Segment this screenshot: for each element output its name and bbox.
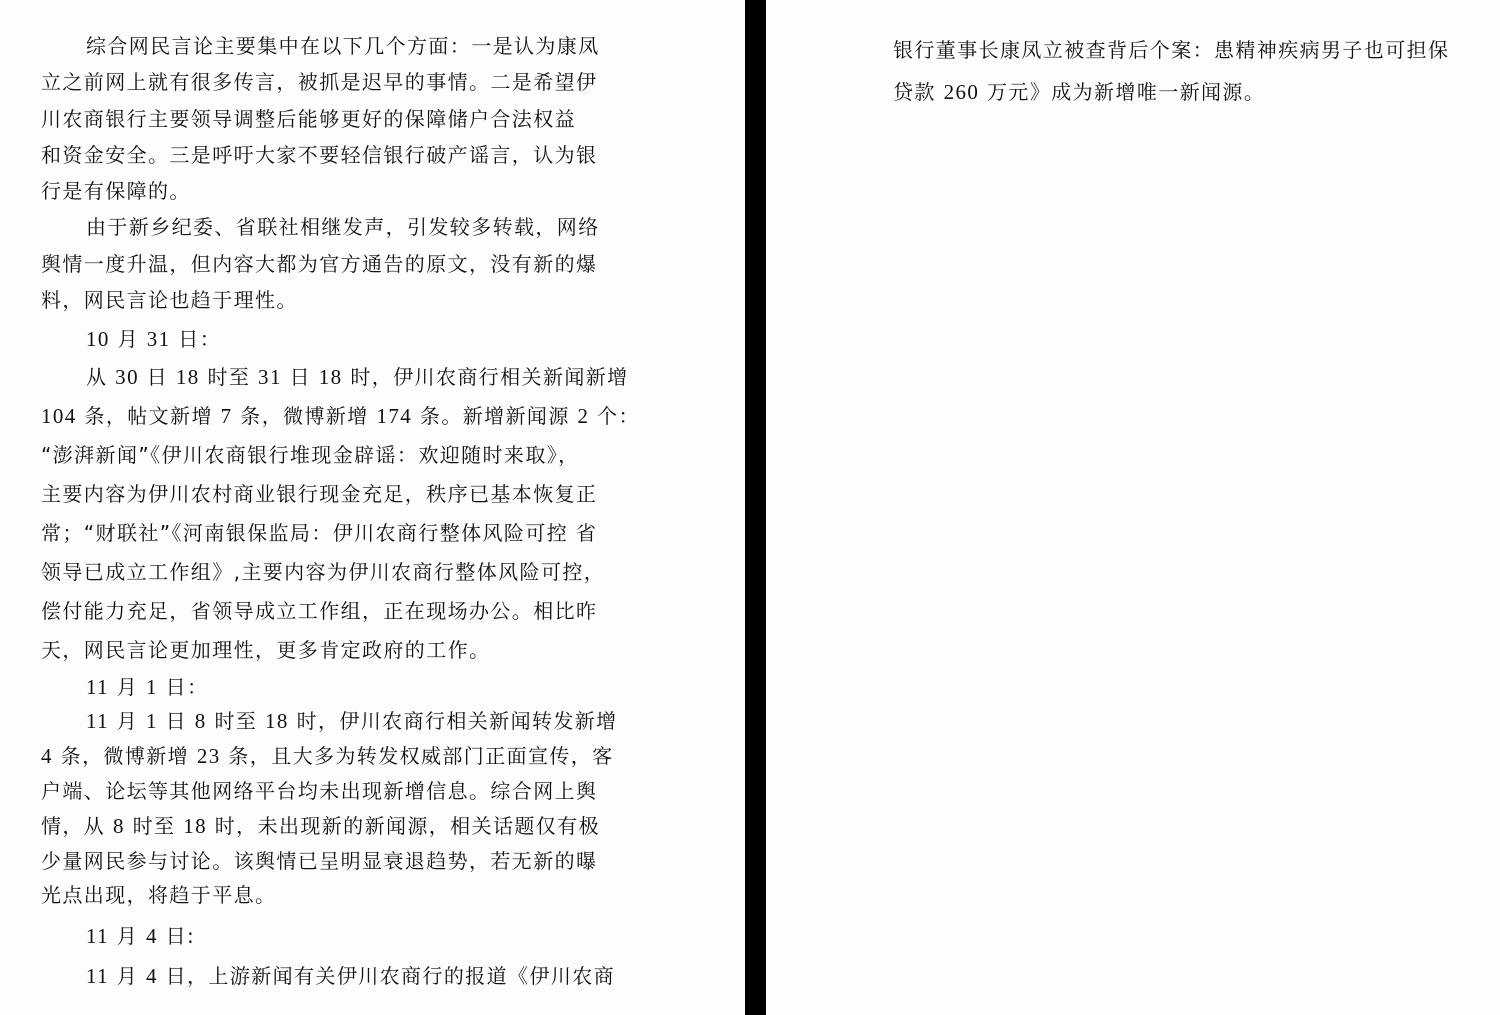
text-line: 贷款 260 万元》成为新增唯一新闻源。 [893, 80, 1265, 104]
text-line: 川农商银行主要领导调整后能够更好的保障储户合法权益 [41, 107, 576, 131]
text-line: 舆情一度升温，但内容大都为官方通告的原文，没有新的爆 [41, 252, 597, 276]
document-page-left: 综合网民言论主要集中在以下几个方面：一是认为康凤立之前网上就有很多传言，被抓是迟… [0, 0, 745, 1015]
text-line: 户端、论坛等其他网络平台均未出现新增信息。综合网上舆 [41, 779, 597, 803]
document-page-right: 银行董事长康凤立被查背后个案：患精神疾病男子也可担保贷款 260 万元》成为新增… [766, 0, 1500, 1015]
text-line: 10 月 31 日： [86, 327, 221, 351]
text-line: 11 月 1 日： [86, 675, 208, 699]
text-line: 光点出现，将趋于平息。 [41, 883, 276, 907]
text-line: 从 30 日 18 时至 31 日 18 时，伊川农商行相关新闻新增 [86, 365, 629, 389]
text-line: 11 月 4 日，上游新闻有关伊川农商行的报道《伊川农商 [86, 964, 615, 988]
text-line: 常；“财联社”《河南银保监局：伊川农商行整体风险可控 省 [41, 521, 597, 545]
text-line: 料，网民言论也趋于理性。 [41, 288, 298, 312]
text-line: 银行董事长康凤立被查背后个案：患精神疾病男子也可担保 [893, 38, 1449, 62]
text-line: 主要内容为伊川农村商业银行现金充足，秩序已基本恢复正 [41, 482, 597, 506]
text-line: “澎湃新闻”《伊川农商银行堆现金辟谣：欢迎随时来取》， [41, 443, 580, 467]
text-line: 情，从 8 时至 18 时，未出现新的新闻源，相关话题仅有极 [41, 814, 600, 838]
text-line: 由于新乡纪委、省联社相继发声，引发较多转载，网络 [86, 215, 600, 239]
page-divider-bar [745, 0, 766, 1015]
text-line: 11 月 4 日: [86, 924, 195, 948]
text-line: 4 条，微博新增 23 条，且大多为转发权威部门正面宣传，客 [41, 744, 614, 768]
text-line: 立之前网上就有很多传言，被抓是迟早的事情。二是希望伊 [41, 70, 597, 94]
text-line: 行是有保障的。 [41, 179, 191, 203]
text-line: 11 月 1 日 8 时至 18 时，伊川农商行相关新闻转发新增 [86, 709, 618, 733]
text-line: 天，网民言论更加理性，更多肯定政府的工作。 [41, 638, 490, 662]
text-line: 和资金安全。三是呼吁大家不要轻信银行破产谣言，认为银 [41, 143, 597, 167]
text-line: 领导已成立工作组》,主要内容为伊川农商行整体风险可控， [41, 560, 605, 584]
text-line: 少量网民参与讨论。该舆情已呈明显衰退趋势，若无新的曝 [41, 849, 597, 873]
text-line: 104 条，帖文新增 7 条，微博新增 174 条。新增新闻源 2 个： [41, 404, 640, 428]
text-line: 偿付能力充足，省领导成立工作组，正在现场办公。相比昨 [41, 599, 597, 623]
text-line: 综合网民言论主要集中在以下几个方面：一是认为康凤 [86, 34, 600, 58]
